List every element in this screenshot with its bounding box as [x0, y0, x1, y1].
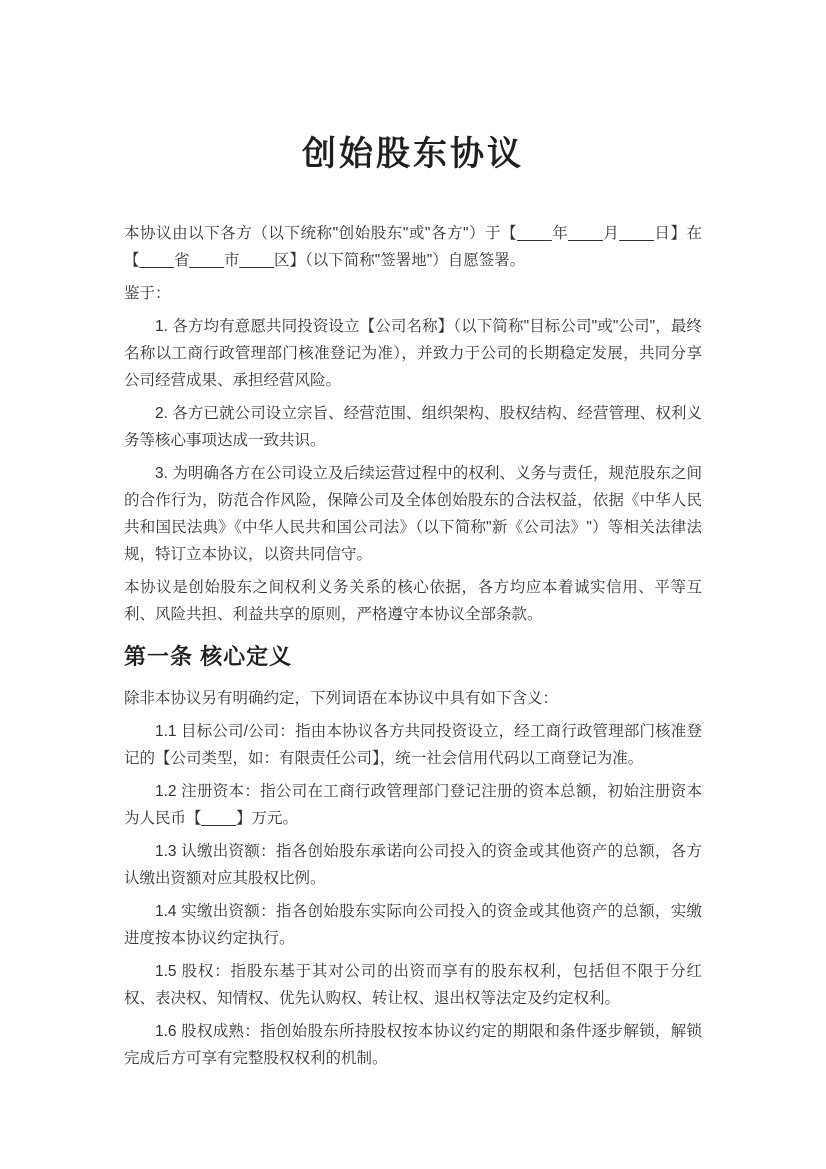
- whereas-label: 鉴于：: [124, 280, 702, 307]
- definition-1-1: 1.1 目标公司/公司：指由本协议各方共同投资设立，经工商行政管理部门核准登记的…: [124, 718, 702, 772]
- definition-1-6: 1.6 股权成熟：指创始股东所持股权按本协议约定的期限和条件逐步解锁，解锁完成后…: [124, 1018, 702, 1072]
- document-page: 创始股东协议 本协议由以下各方（以下统称"创始股东"或"各方"）于【____年_…: [0, 0, 826, 1169]
- recital-1: 1. 各方均有意愿共同投资设立【公司名称】（以下简称"目标公司"或"公司"，最终…: [124, 313, 702, 394]
- definitions-lead: 除非本协议另有明确约定，下列词语在本协议中具有如下含义：: [124, 685, 702, 712]
- document-title: 创始股东协议: [124, 130, 702, 178]
- definition-1-2: 1.2 注册资本：指公司在工商行政管理部门登记注册的资本总额，初始注册资本为人民…: [124, 778, 702, 832]
- definition-1-5: 1.5 股权：指股东基于其对公司的出资而享有的股东权利，包括但不限于分红权、表决…: [124, 958, 702, 1012]
- recital-2: 2. 各方已就公司设立宗旨、经营范围、组织架构、股权结构、经营管理、权利义务等核…: [124, 400, 702, 454]
- intro-paragraph: 本协议由以下各方（以下统称"创始股东"或"各方"）于【____年____月___…: [124, 220, 702, 274]
- recital-3: 3. 为明确各方在公司设立及后续运营过程中的权利、义务与责任，规范股东之间的合作…: [124, 460, 702, 568]
- principles-paragraph: 本协议是创始股东之间权利义务关系的核心依据，各方均应本着诚实信用、平等互利、风险…: [124, 574, 702, 628]
- definition-1-4: 1.4 实缴出资额：指各创始股东实际向公司投入的资金或其他资产的总额，实缴进度按…: [124, 898, 702, 952]
- definition-1-3: 1.3 认缴出资额：指各创始股东承诺向公司投入的资金或其他资产的总额，各方认缴出…: [124, 838, 702, 892]
- section-1-heading: 第一条 核心定义: [124, 642, 702, 672]
